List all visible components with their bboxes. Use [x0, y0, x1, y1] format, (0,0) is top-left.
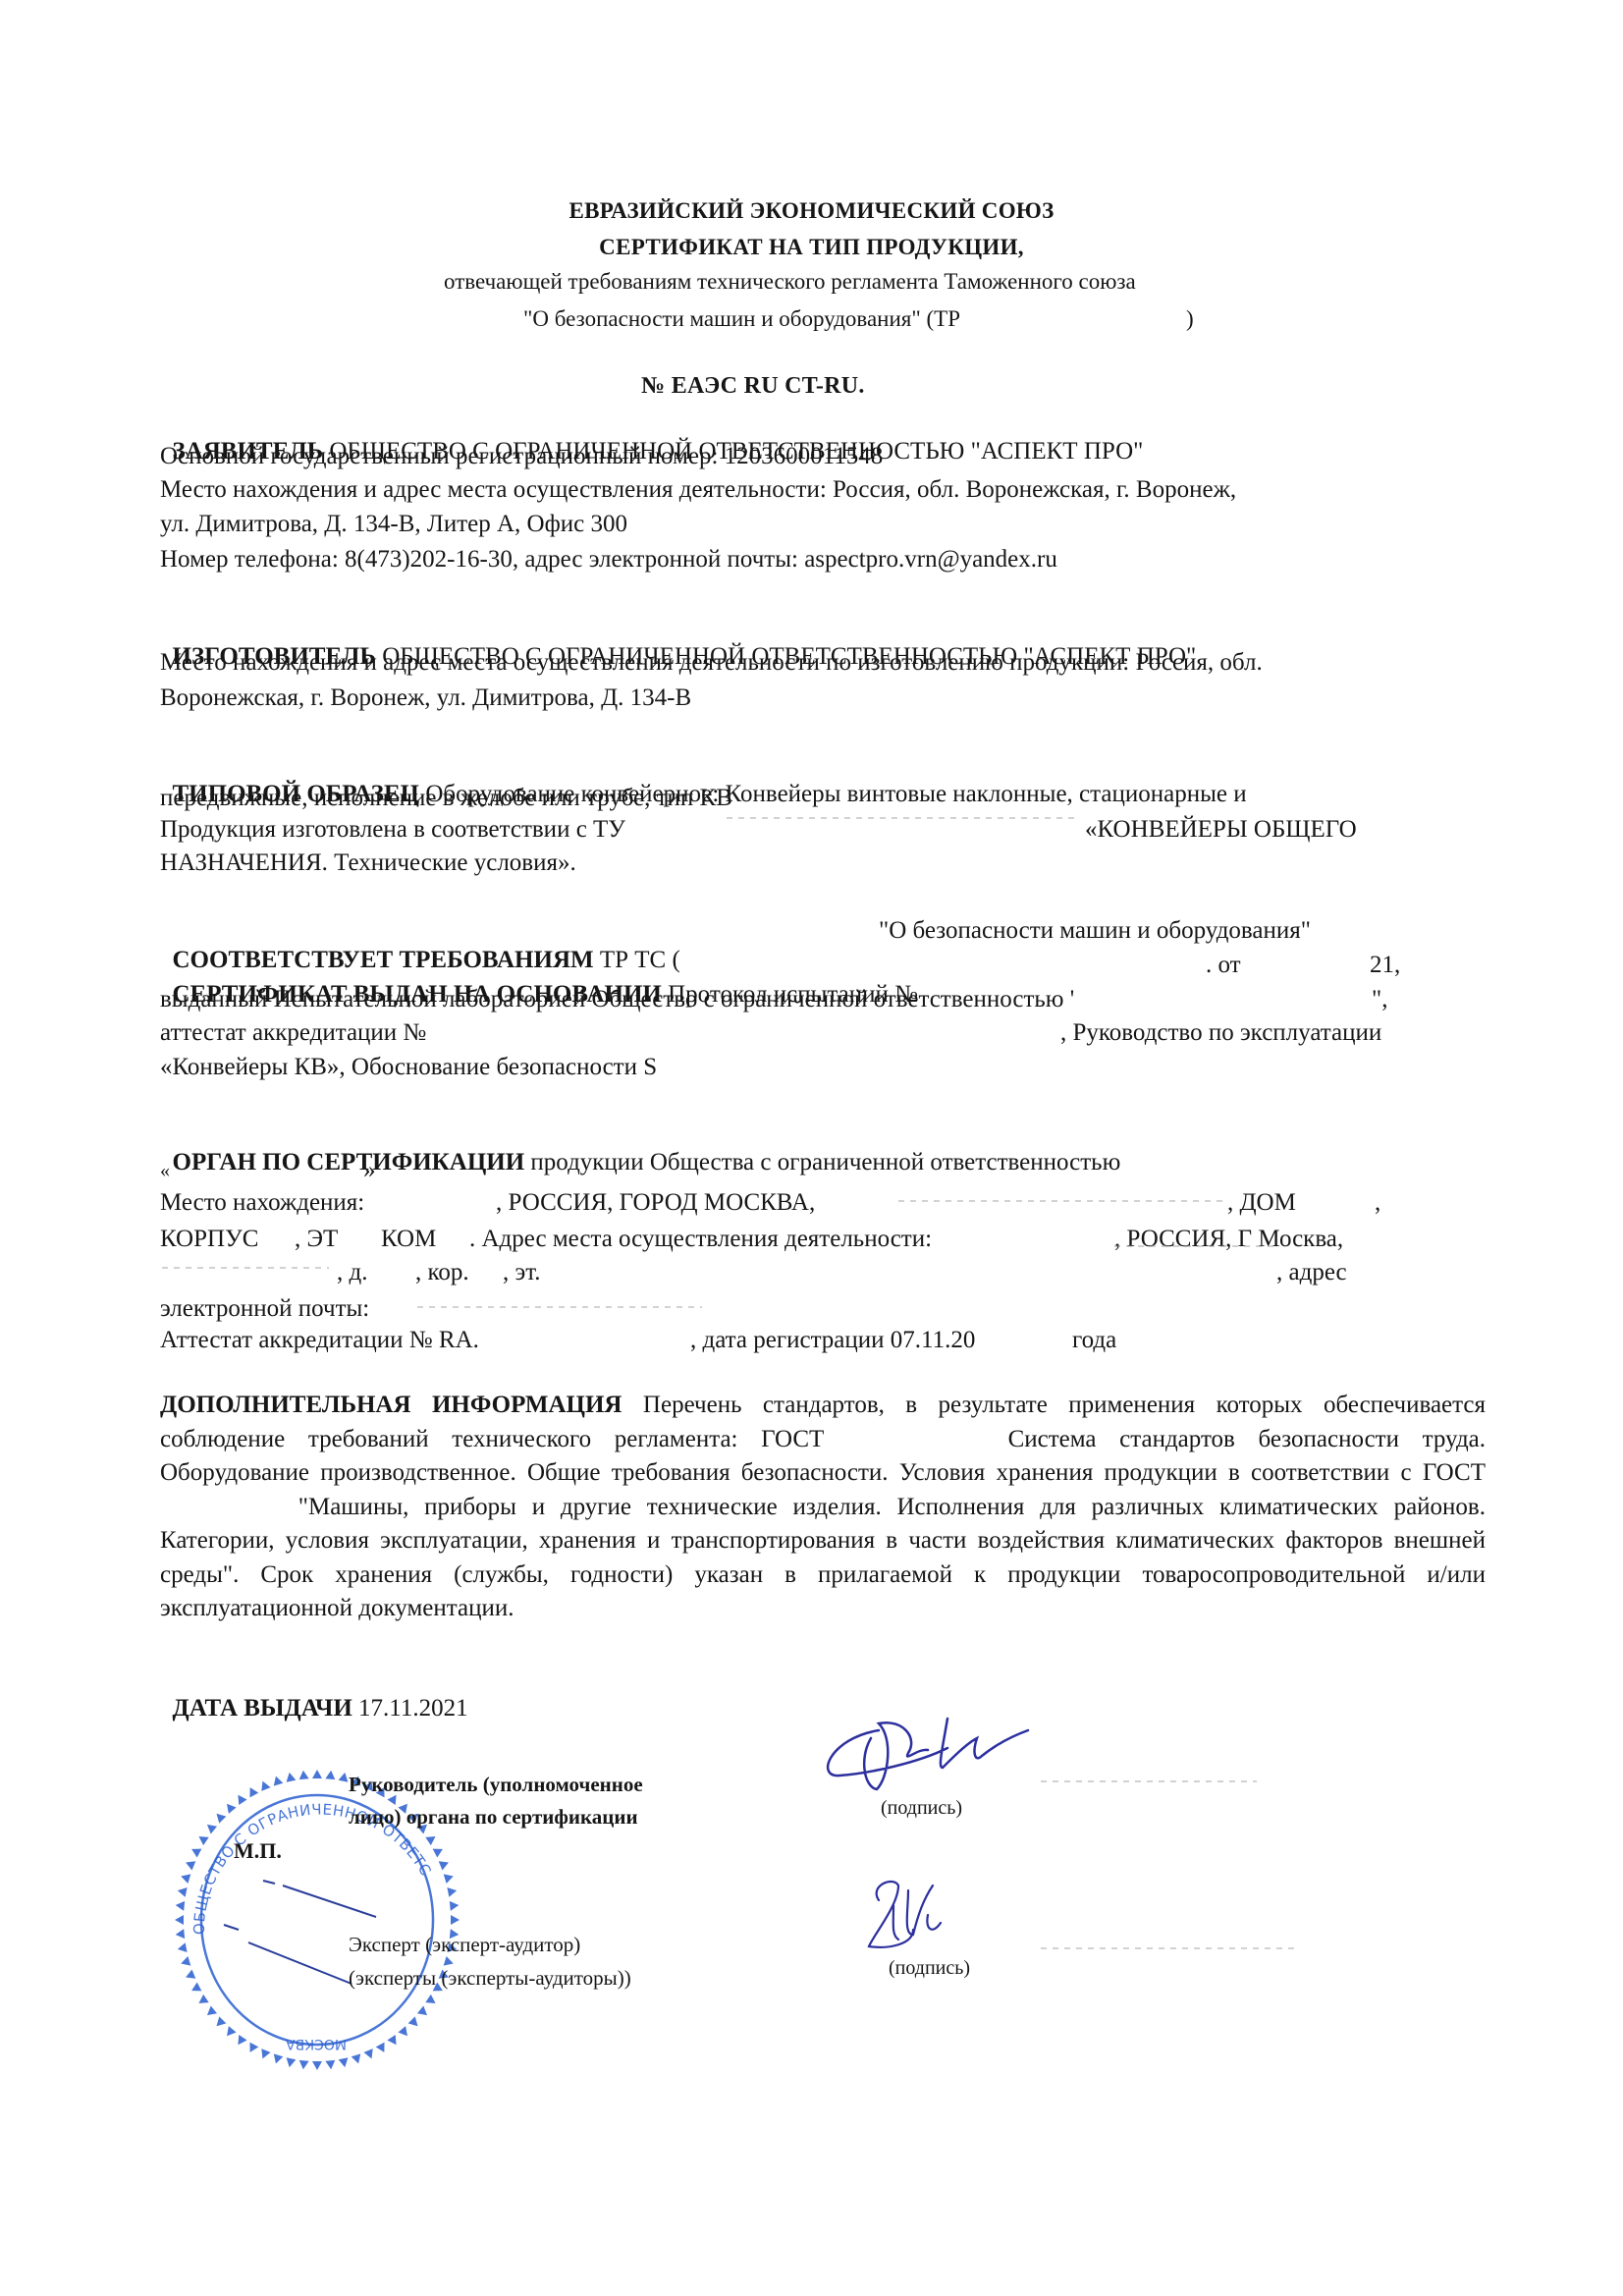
manufacturer-address-1: Место нахождения и адрес места осуществл…: [160, 648, 1263, 678]
cert-body-registration-date: , дата регистрации 07.11.20: [690, 1326, 975, 1355]
cert-body-room: КОМ: [381, 1225, 436, 1254]
expert-title-1: Эксперт (эксперт-аудитор): [349, 1933, 580, 1957]
conformity-regulation: "О безопасности машин и оборудования": [879, 916, 1311, 946]
applicant-contacts: Номер телефона: 8(473)202-16-30, адрес э…: [160, 545, 1057, 574]
expert-signature-icon: [854, 1876, 962, 1954]
union-title: ЕВРАЗИЙСКИЙ ЭКОНОМИЧЕСКИЙ СОЮЗ: [0, 196, 1623, 226]
cert-body-label: ОРГАН ПО СЕРТИФИКАЦИИ: [173, 1149, 525, 1175]
cert-body-korpus: КОРПУС: [160, 1225, 258, 1254]
applicant-address-2: ул. Димитрова, Д. 134-В, Литер А, Офис 3…: [160, 510, 627, 539]
issue-date: 17.11.2021: [352, 1695, 468, 1722]
cert-body-email-label: , адрес: [1276, 1258, 1347, 1287]
basis-lab-close: ",: [1372, 985, 1387, 1014]
additional-label: ДОПОЛНИТЕЛЬНАЯ ИНФОРМАЦИЯ: [160, 1392, 622, 1418]
redacted-street-2: [162, 1267, 329, 1269]
expert-signature-caption: (подпись): [889, 1957, 970, 1980]
additional-climate: "Машины, приборы и другие технические из…: [160, 1494, 1486, 1622]
seal-place-label: М.П.: [234, 1838, 282, 1864]
subtitle-regulation-name: "О безопасности машин и оборудования" (Т…: [523, 304, 960, 334]
cert-body-activity-address: . Адрес места осуществления деятельности…: [469, 1225, 932, 1254]
expert-title-2: (эксперты (эксперты-аудиторы)): [349, 1966, 631, 1991]
cert-body-name-close: »: [363, 1156, 376, 1185]
head-title-1: Руководитель (уполномоченное: [349, 1773, 643, 1797]
issue-date-line: ДАТА ВЫДАЧИ 17.11.2021: [160, 1665, 468, 1723]
manufacturer-address-2: Воронежская, г. Воронеж, ул. Димитрова, …: [160, 683, 691, 713]
redacted-street: [898, 1200, 1222, 1202]
redacted-phone: [1114, 1245, 1276, 1247]
cert-body-year-suffix: года: [1072, 1326, 1116, 1355]
cert-body-accreditation: Аттестат аккредитации № RA.: [160, 1326, 479, 1355]
sample-line-4: НАЗНАЧЕНИЯ. Технические условия».: [160, 848, 576, 878]
basis-from: . от: [1206, 951, 1241, 980]
sample-line-2: передвижные, исполнение в желобе или тру…: [160, 784, 732, 813]
basis-lab: выданный Испытательной лабораторией Обще…: [160, 985, 1074, 1014]
subtitle-regulation: отвечающей требованиям технического регл…: [444, 267, 1136, 297]
redacted-email: [417, 1306, 702, 1308]
basis-accreditation: аттестат аккредитации №: [160, 1018, 426, 1048]
cert-body-house: , д.: [337, 1258, 367, 1287]
stamp-city-text: МОСКВА: [286, 2036, 347, 2051]
applicant-address-1: Место нахождения и адрес места осуществл…: [160, 475, 1236, 505]
document-type-title: СЕРТИФИКАТ НА ТИП ПРОДУКЦИИ,: [0, 233, 1623, 262]
cert-body-building: , кор.: [415, 1258, 469, 1287]
sample-tu-line: Продукция изготовлена в соответствии с Т…: [160, 815, 625, 845]
cert-body-location-label: Место нахождения:: [160, 1188, 364, 1218]
redacted-expert-name: [1041, 1947, 1296, 1949]
cert-body-text: продукции Общества с ограниченной ответс…: [524, 1149, 1120, 1175]
cert-body-line: ОРГАН ПО СЕРТИФИКАЦИИ продукции Общества…: [160, 1119, 1120, 1177]
issue-date-label: ДАТА ВЫДАЧИ: [173, 1695, 352, 1722]
redacted-tu-number: [727, 817, 1080, 819]
cert-body-name-open: «: [160, 1156, 170, 1185]
cert-body-location-city: , РОССИЯ, ГОРОД МОСКВА,: [496, 1188, 815, 1218]
cert-body-location-comma: ,: [1375, 1188, 1380, 1218]
basis-manual: , Руководство по эксплуатации: [1060, 1018, 1381, 1048]
sample-tu-title: «КОНВЕЙЕРЫ ОБЩЕГО: [1085, 815, 1357, 845]
cert-body-location-house: , ДОМ: [1227, 1188, 1296, 1218]
subtitle-close-paren: ): [1186, 304, 1194, 334]
cert-body-activity-city: , РОССИЯ, Г Москва,: [1114, 1225, 1343, 1254]
cert-body-floor-2: , эт.: [503, 1258, 541, 1287]
head-signature-caption: (подпись): [881, 1797, 962, 1820]
head-signature-icon: [810, 1709, 1036, 1797]
head-title-2: лицо) органа по сертификации: [349, 1805, 638, 1830]
additional-information: ДОПОЛНИТЕЛЬНАЯ ИНФОРМАЦИЯ Перечень станд…: [160, 1389, 1486, 1626]
redacted-head-name: [1041, 1780, 1257, 1782]
basis-year: 21,: [1370, 951, 1400, 980]
cert-body-email: электронной почты:: [160, 1294, 369, 1324]
cert-body-floor: , ЭТ: [295, 1225, 338, 1254]
applicant-ogrn: Основной государственный регистрационный…: [160, 442, 883, 471]
certificate-number: № ЕАЭС RU CT-RU.: [641, 371, 865, 401]
basis-safety-justification: «Конвейеры КВ», Обоснование безопасности…: [160, 1053, 657, 1082]
